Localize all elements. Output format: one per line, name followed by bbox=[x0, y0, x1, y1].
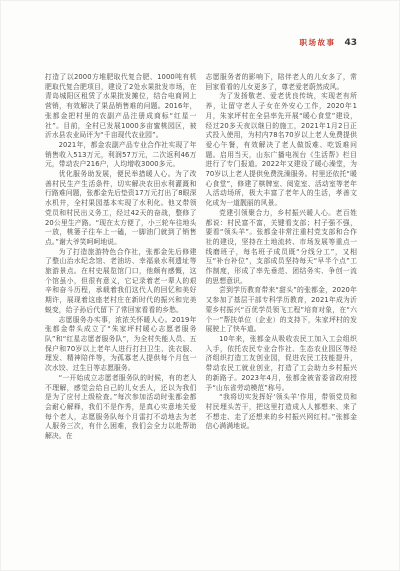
paragraph: “一开始成立志愿者服务队的时候，有的老人不理解，感觉会给自己的儿女丢人，还以为我… bbox=[45, 374, 197, 442]
paragraph: 为了发扬敬老、爱老优良传统，实现老有所养，让留守老人子女在外安心工作，2020年… bbox=[206, 92, 358, 208]
paragraph: 优化服务助发展，便民举措暖人心。为了改善村民生产生活条件，切实解决农田水利灌溉和… bbox=[45, 170, 197, 248]
paragraph: 志愿服务者的影响下，陪伴老人的儿女多了，常回家看看的儿女更多了，尊老爱老蔚然成风… bbox=[206, 73, 358, 92]
article-body: 打造了以2000方堆肥取代复合肥、1000吨有机肥取代复合肥项目，建设了2处水果… bbox=[45, 73, 357, 442]
paragraph: 2021年，都金农副产品专业合作社实现了年销售收入513万元，利润57万元，二次… bbox=[45, 141, 197, 170]
page-header: 职场故事 43 bbox=[299, 37, 357, 48]
right-column: 志愿服务者的影响下，陪伴老人的儿女多了，常回家看看的儿女更多了，尊老爱老蔚然成风… bbox=[206, 73, 358, 442]
paragraph: 为了打造旅游特色合作社，张都金先后修建了整山治水纪念馆、老油坊、幸福泉水利遗址等… bbox=[45, 248, 197, 316]
paragraph: 志愿服务办实事，浓浓关怀暖人心。2019年张都金带头成立了“朱家坪村暖心志愿者服… bbox=[45, 316, 197, 374]
page-number: 43 bbox=[344, 38, 357, 48]
paragraph: 10年来，张都金从吸收农民工加入工会组织入手，依托农民专业合作社、生态农业园区等… bbox=[206, 335, 358, 393]
paragraph: 尝到学历教育带来“甜头”的张都金，2020年又参加了基层干部专科学历教育，202… bbox=[206, 286, 358, 335]
section-label: 职场故事 bbox=[299, 37, 335, 48]
left-column: 打造了以2000方堆肥取代复合肥、1000吨有机肥取代复合肥项目，建设了2处水果… bbox=[45, 73, 197, 442]
paragraph: 打造了以2000方堆肥取代复合肥、1000吨有机肥取代复合肥项目，建设了2处水果… bbox=[45, 73, 197, 141]
paragraph: 党建引领聚合力，乡村振兴暖人心。老百姓都说：村民富不富，关键看支部；村子强不强，… bbox=[206, 209, 358, 287]
paragraph: “我将切实发挥好‘领头羊’作用，带领党员和村民埋头苦干，把这里打造成人人都想来、… bbox=[206, 393, 358, 432]
magazine-page: 职场故事 43 打造了以2000方堆肥取代复合肥、1000吨有机肥取代复合肥项目… bbox=[0, 0, 400, 571]
